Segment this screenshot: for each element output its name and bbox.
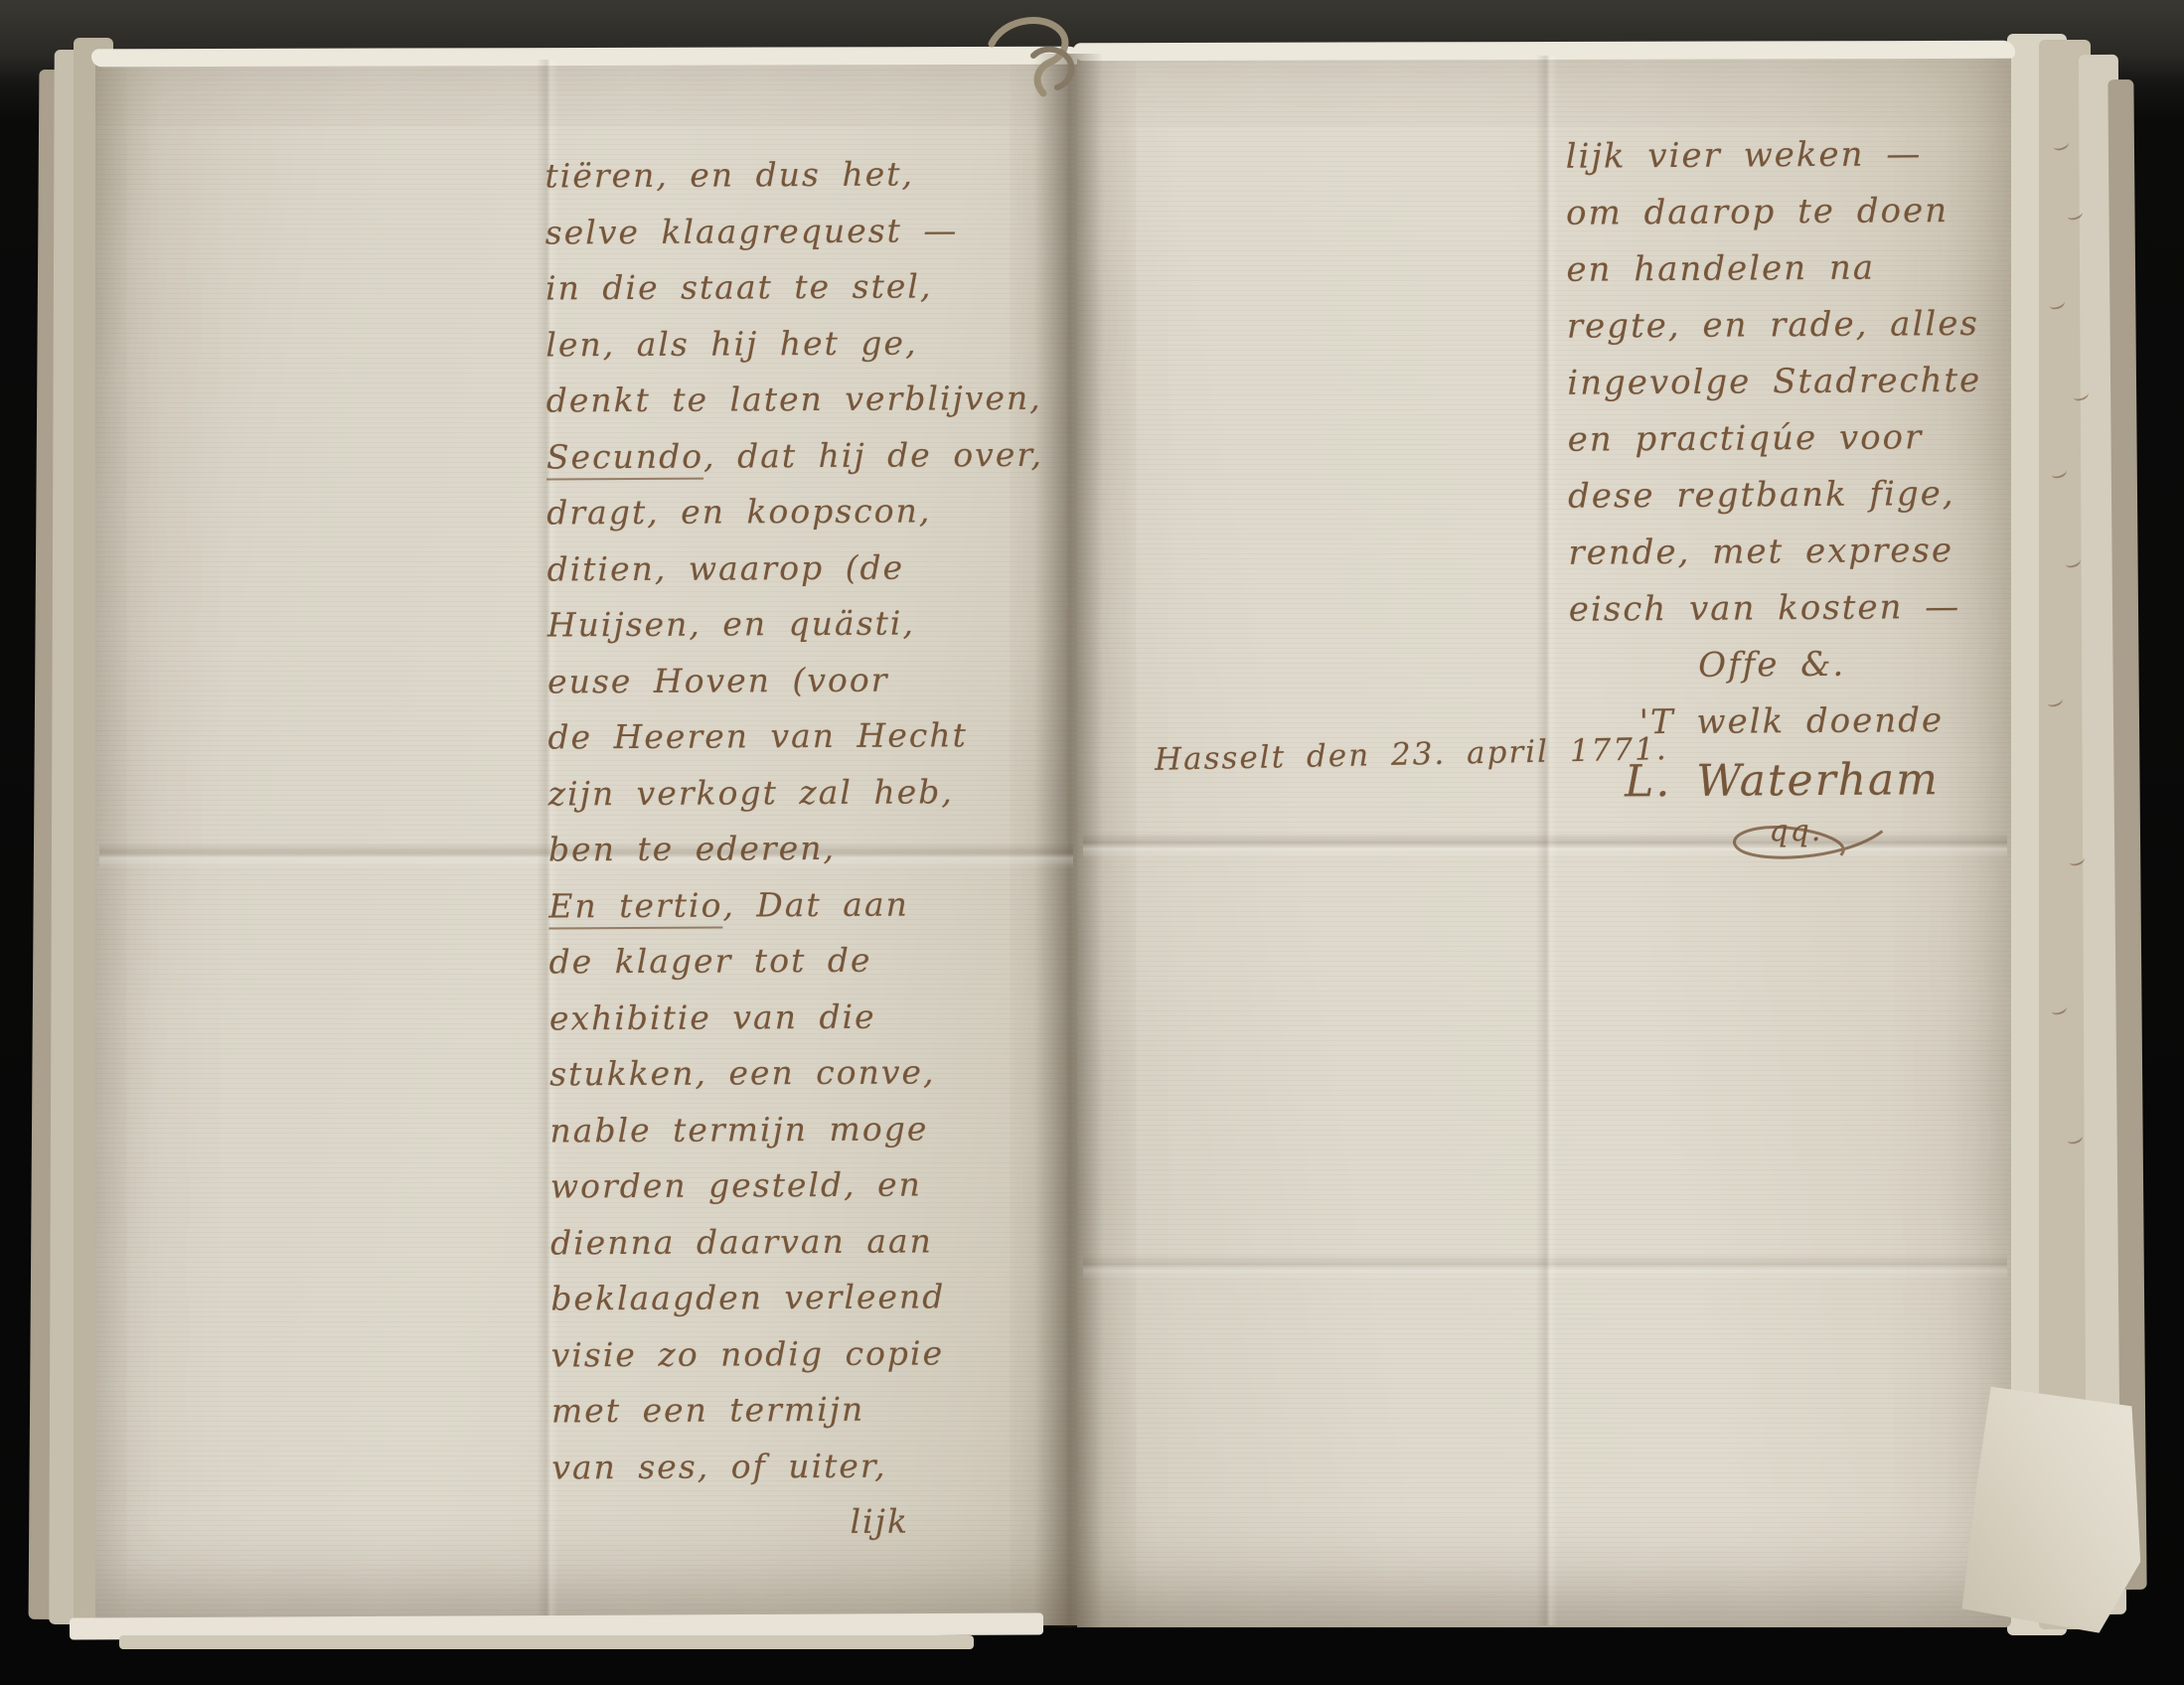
line-text: , dat hij de over,: [703, 434, 1043, 475]
manuscript-line: En tertio, Dat aan: [548, 875, 1105, 934]
signature: L. Waterham: [1625, 748, 2067, 813]
folded-corner: [1961, 1386, 2146, 1634]
manuscript-line: eisch van kosten —: [1569, 578, 2066, 638]
line-text: met een termijn: [551, 1390, 864, 1431]
manuscript-line: Secundo, dat hij de over,: [546, 426, 1103, 485]
manuscript-line: de klager tot de: [548, 932, 1105, 991]
line-text: lijk vier weken —: [1566, 134, 1923, 177]
line-text: lijk: [850, 1502, 909, 1541]
manuscript-line: en practiqúe voor: [1567, 408, 2064, 468]
line-text: denkt te laten verblijven,: [546, 379, 1042, 420]
manuscript-line: len, als hij het ge,: [546, 314, 1102, 373]
manuscript-line: ditien, waarop (de: [546, 538, 1103, 597]
manuscript-line: euse Hoven (voor: [547, 651, 1104, 709]
line-text: van ses, of uiter,: [551, 1446, 886, 1486]
manuscript-line: exhibitie van die: [549, 988, 1106, 1046]
line-text: , Dat aan: [722, 884, 909, 924]
line-text: beklaagden verleend: [550, 1277, 945, 1317]
binding-thread: [974, 6, 1133, 105]
manuscript-line: de Heeren van Hecht: [547, 707, 1104, 766]
manuscript-line: stukken, een conve,: [549, 1044, 1106, 1103]
manuscript-line: selve klaagrequest —: [546, 202, 1102, 260]
manuscript-line: dienna daarvan aan: [550, 1212, 1107, 1271]
line-text: dragt, en koopscon,: [546, 491, 931, 532]
line-text: zijn verkogt zal heb,: [548, 772, 954, 813]
manuscript-line: visie zo nodig copie: [551, 1324, 1108, 1383]
manuscript-line: om daarop te doen: [1566, 182, 2063, 241]
line-text: de Heeren van Hecht: [547, 715, 968, 756]
manuscript-line: tiëren, en dus het,: [545, 146, 1101, 205]
manuscript-line: worden gesteld, en: [550, 1156, 1107, 1215]
manuscript-photo: tiëren, en dus het, selve klaagrequest —…: [0, 0, 2184, 1685]
line-text: en practiqúe voor: [1568, 417, 1924, 459]
line-text: rende, met exprese: [1568, 531, 1953, 573]
manuscript-line: nable termijn moge: [549, 1100, 1106, 1158]
manuscript-line: in die staat te stel,: [546, 258, 1102, 317]
manuscript-line: dese regtbank fige,: [1568, 465, 2065, 525]
underlined-term: Secundo: [546, 436, 703, 480]
underlined-term: En tertio: [548, 885, 722, 929]
line-text: worden gesteld, en: [550, 1165, 922, 1206]
manuscript-line: ben te ederen,: [548, 820, 1105, 878]
manuscript-line: rende, met exprese: [1568, 522, 2065, 581]
line-text: ditien, waarop (de: [546, 547, 904, 588]
closing-formula: Offe &.: [1698, 635, 2066, 694]
line-text: de klager tot de: [548, 941, 871, 982]
manuscript-line: van ses, of uiter,: [551, 1437, 1108, 1495]
line-text: ben te ederen,: [548, 829, 836, 869]
line-text: stukken, een conve,: [549, 1052, 935, 1093]
signature-suffix: qq.: [1769, 810, 2067, 851]
bottom-sheet-edge: [119, 1635, 974, 1649]
manuscript-line: denkt te laten verblijven,: [546, 371, 1102, 429]
manuscript-line: beklaagden verleend: [550, 1269, 1107, 1327]
manuscript-line: zijn verkogt zal heb,: [548, 763, 1105, 822]
line-text: visie zo nodig copie: [551, 1333, 945, 1374]
left-text-column: tiëren, en dus het, selve klaagrequest —…: [545, 146, 1108, 1552]
fold-crease: [1536, 56, 1558, 1625]
line-text: exhibitie van die: [549, 996, 876, 1037]
line-text: euse Hoven (voor: [547, 660, 889, 700]
attestation-line: 'T welk doende: [1638, 691, 2066, 751]
line-text: regte, en rade, alles: [1567, 304, 1979, 347]
line-text: dienna daarvan aan: [550, 1221, 933, 1262]
manuscript-line: met een termijn: [551, 1381, 1108, 1440]
line-text: eisch van kosten —: [1569, 587, 1961, 630]
line-text: in die staat te stel,: [546, 266, 933, 307]
line-text: en handelen na: [1566, 248, 1875, 290]
line-text: ingevolge Stadrechte: [1567, 361, 1981, 403]
manuscript-line: Huijsen, en quästi,: [547, 595, 1104, 654]
line-text: Huijsen, en quästi,: [547, 604, 915, 645]
manuscript-line: dragt, en koopscon,: [546, 483, 1103, 541]
right-text-column: lijk vier weken — om daarop te doen en h…: [1565, 125, 2067, 852]
line-text: dese regtbank fige,: [1568, 474, 1955, 517]
manuscript-line: ingevolge Stadrechte: [1567, 352, 2064, 411]
signature-flourish: [1723, 817, 1892, 863]
catchword: lijk: [850, 1493, 1108, 1551]
line-text: nable termijn moge: [549, 1109, 928, 1149]
manuscript-line: regte, en rade, alles: [1567, 295, 2064, 355]
manuscript-line: en handelen na: [1566, 238, 2063, 298]
line-text: len, als hij het ge,: [546, 323, 917, 364]
line-text: tiëren, en dus het,: [545, 155, 914, 196]
manuscript-line: lijk vier weken —: [1565, 125, 2062, 185]
line-text: om daarop te doen: [1566, 191, 1949, 233]
line-text: selve klaagrequest —: [546, 211, 959, 251]
